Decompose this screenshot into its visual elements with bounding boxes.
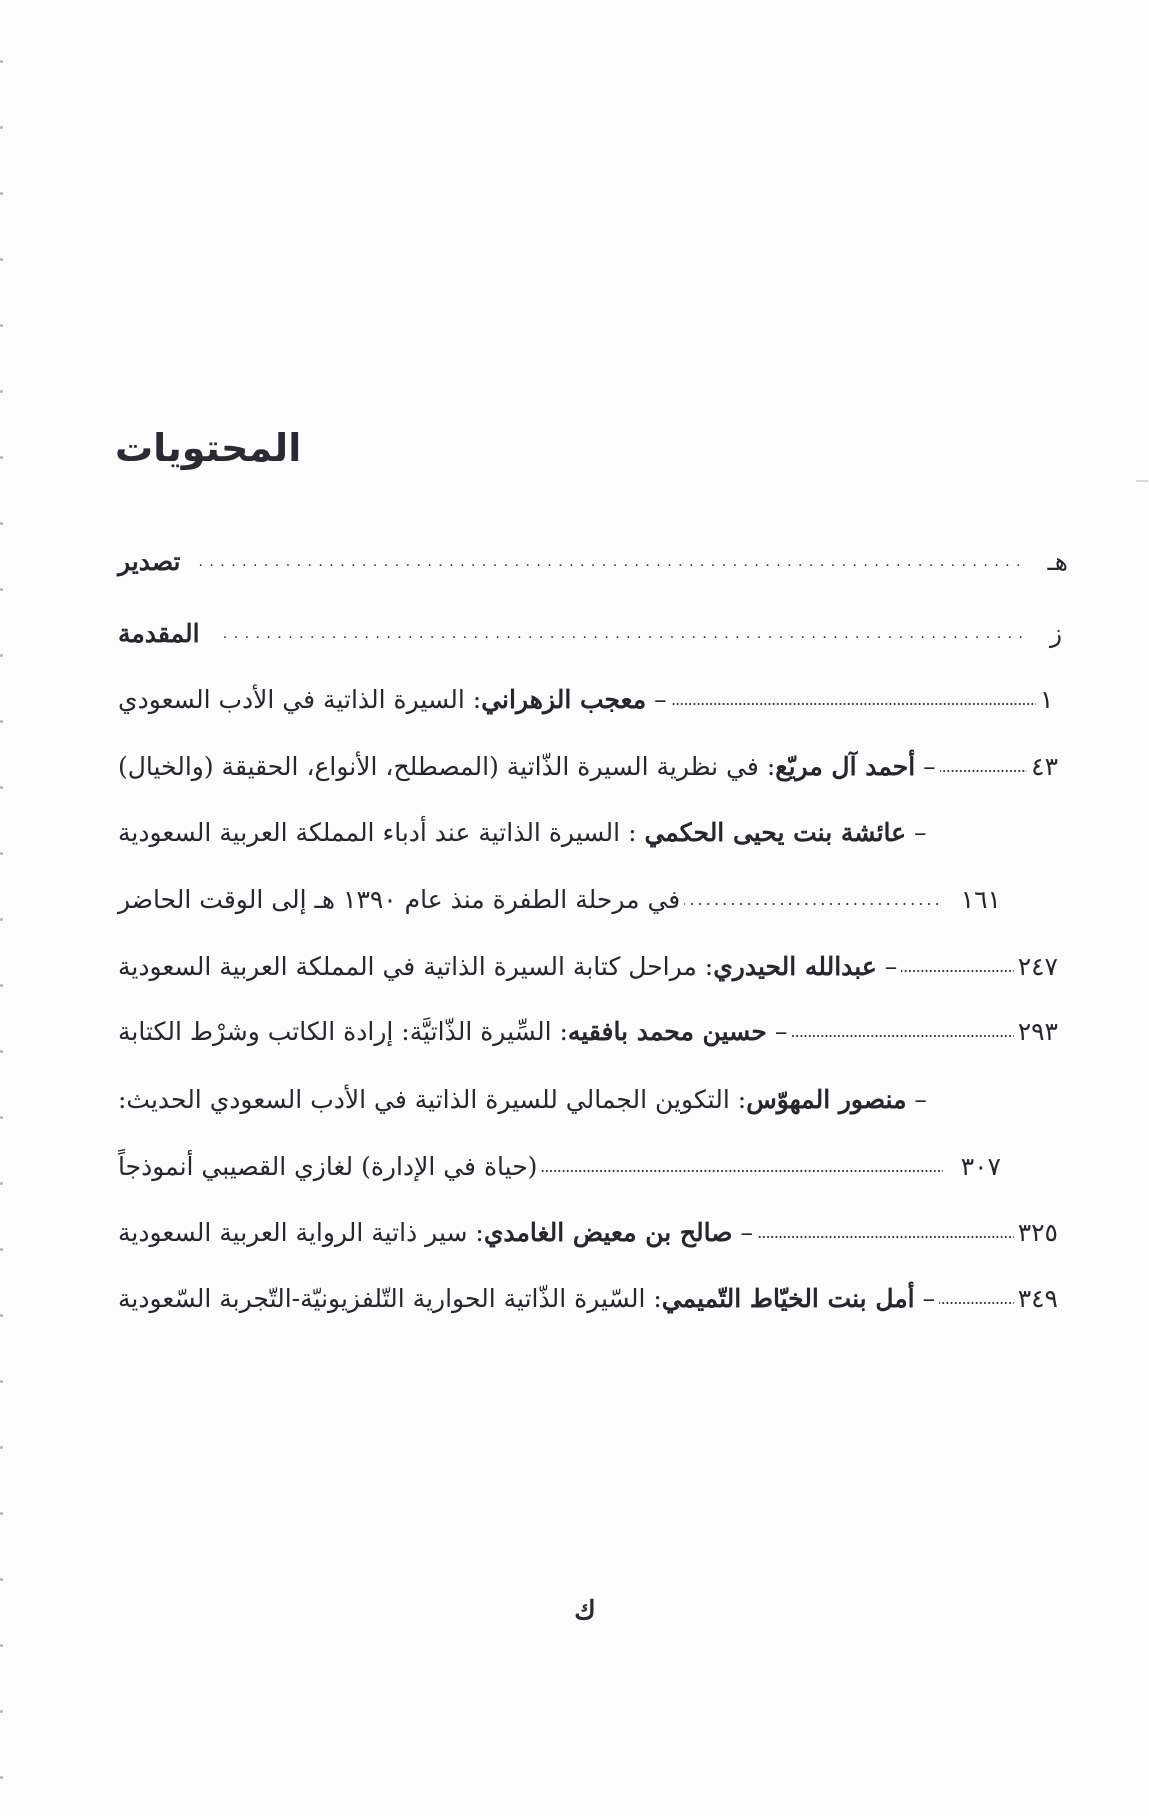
scan-edge-mark xyxy=(0,1776,3,1779)
scan-edge-mark xyxy=(0,1380,3,1383)
scan-edge-mark xyxy=(0,456,3,459)
toc-row[interactable]: – منصور المهوّس: التكوين الجمالي للسيرة … xyxy=(118,1078,1058,1122)
entry-separator: : xyxy=(705,952,713,981)
entry-separator: : xyxy=(473,685,481,714)
entry-separator: : xyxy=(628,818,644,847)
toc-page-number: ٣٢٥ xyxy=(1018,1211,1058,1255)
dot-leader xyxy=(901,945,1014,989)
toc-page-number: ٢٤٧ xyxy=(1018,945,1058,989)
dot-leader xyxy=(791,1010,1013,1054)
entry-dash: – xyxy=(654,685,667,714)
scan-edge-mark xyxy=(0,1512,3,1515)
toc-page-number: ٢٩٣ xyxy=(1018,1010,1058,1054)
scan-edge-mark xyxy=(0,918,3,921)
toc-row[interactable]: – معجب الزهراني: السيرة الذاتية في الأدب… xyxy=(118,678,1058,722)
scan-edge-mark xyxy=(0,654,3,657)
entry-dash: – xyxy=(740,1218,753,1247)
scan-edge-mark xyxy=(0,1116,3,1119)
entry-separator: : xyxy=(653,1284,661,1313)
entry-separator: : xyxy=(475,1218,483,1247)
toc-page-number: ٣٤٩ xyxy=(1018,1277,1058,1321)
toc-label: تصدير xyxy=(118,540,181,584)
entry-author: منصور المهوّس xyxy=(746,1085,906,1114)
scan-edge-mark xyxy=(0,1578,3,1581)
toc-page-number: ٤٣ xyxy=(1031,745,1058,789)
toc-label: المقدمة xyxy=(118,612,200,656)
scan-edge-mark xyxy=(0,984,3,987)
entry-title-line2: في مرحلة الطفرة منذ عام ١٣٩٠ هـ إلى الوق… xyxy=(118,878,680,922)
entry-author: أحمد آل مريّع xyxy=(775,752,915,781)
page-number-footer: ك xyxy=(570,1596,600,1626)
dot-leader xyxy=(197,540,1022,584)
scan-edge-mark xyxy=(0,192,3,195)
scan-edge-mark xyxy=(0,1182,3,1185)
entry-author: عبدالله الحيدري xyxy=(713,952,877,981)
entry-title: سير ذاتية الرواية العربية السعودية xyxy=(118,1218,467,1247)
scan-edge-mark xyxy=(0,1710,3,1713)
entry-author: صالح بن معيض الغامدي xyxy=(484,1218,733,1247)
entry-dash: – xyxy=(885,952,898,981)
scan-edge-mark xyxy=(0,1314,3,1317)
scan-edge-mark xyxy=(0,1644,3,1647)
entry-title: مراحل كتابة السيرة الذاتية في المملكة ال… xyxy=(118,952,697,981)
entry-author: معجب الزهراني xyxy=(481,685,646,714)
scan-edge-mark xyxy=(0,852,3,855)
toc-row[interactable]: – عائشة بنت يحيى الحكمي : السيرة الذاتية… xyxy=(118,811,1058,855)
scan-edge-mark xyxy=(0,720,3,723)
entry-author: أمل بنت الخيّاط التّميمي xyxy=(662,1284,915,1313)
dot-leader xyxy=(541,1145,942,1189)
scan-edge-mark xyxy=(0,60,3,63)
entry-dash: – xyxy=(914,1085,927,1114)
scan-edge-mark xyxy=(1136,480,1148,482)
entry-separator: : xyxy=(738,1085,746,1114)
entry-title: السيرة الذاتية عند أدباء المملكة العربية… xyxy=(118,818,620,847)
entry-dash: – xyxy=(923,1284,936,1313)
toc-row-introduction[interactable]: المقدمة ز xyxy=(118,612,1068,656)
scan-edge-mark xyxy=(0,258,3,261)
entry-dash: – xyxy=(923,752,936,781)
toc-page-number: ز xyxy=(1050,612,1068,656)
toc-row-foreword[interactable]: تصدير هـ xyxy=(118,540,1068,584)
entry-dash: – xyxy=(914,818,927,847)
toc-page-number: ٣٠٧ xyxy=(961,1145,1001,1189)
scan-edge-mark xyxy=(0,390,3,393)
entry-author: حسين محمد بافقيه xyxy=(568,1017,767,1046)
entry-separator: : xyxy=(767,752,775,781)
dot-leader xyxy=(939,1277,1014,1321)
toc-page-number: هـ xyxy=(1047,540,1068,584)
scan-edge-mark xyxy=(0,1248,3,1251)
scan-edge-mark xyxy=(0,786,3,789)
entry-title: في نظرية السيرة الذّاتية (المصطلح، الأنو… xyxy=(118,752,759,781)
dot-leader xyxy=(757,1211,1014,1255)
scan-edge-mark xyxy=(0,1446,3,1449)
dot-leader xyxy=(940,745,1027,789)
entry-title: السيرة الذاتية في الأدب السعودي xyxy=(118,685,465,714)
toc-row-continuation[interactable]: في مرحلة الطفرة منذ عام ١٣٩٠ هـ إلى الوق… xyxy=(118,878,1001,922)
entry-title: السّيرة الذّاتية الحوارية التّلفزيونيّة-… xyxy=(118,1284,645,1313)
toc-row[interactable]: – حسين محمد بافقيه: السِّيرة الذّاتيَّة:… xyxy=(118,1010,1058,1054)
entry-dash: – xyxy=(775,1017,788,1046)
dot-leader xyxy=(216,612,1024,656)
toc-row-continuation[interactable]: (حياة في الإدارة) لغازي القصيبي أنموذجاً… xyxy=(118,1145,1001,1189)
page-title: المحتويات xyxy=(115,426,305,470)
entry-title-line2: (حياة في الإدارة) لغازي القصيبي أنموذجاً xyxy=(118,1145,537,1189)
entry-separator: : xyxy=(559,1017,567,1046)
entry-title: السِّيرة الذّاتيَّة: إرادة الكاتب وشرْط … xyxy=(118,1017,552,1046)
toc-row[interactable]: – صالح بن معيض الغامدي: سير ذاتية الرواي… xyxy=(118,1211,1058,1255)
dot-leader xyxy=(684,878,938,922)
toc-page-number: ١ xyxy=(1040,678,1058,722)
toc-page-number: ١٦١ xyxy=(961,878,1001,922)
scan-edge-mark xyxy=(0,588,3,591)
entry-title: التكوين الجمالي للسيرة الذاتية في الأدب … xyxy=(118,1085,730,1114)
toc-row[interactable]: – أحمد آل مريّع: في نظرية السيرة الذّاتي… xyxy=(118,745,1058,789)
scan-edge-mark xyxy=(0,1050,3,1053)
scan-edge-mark xyxy=(0,522,3,525)
scan-edge-mark xyxy=(0,324,3,327)
scan-edge-mark xyxy=(0,126,3,129)
toc-row[interactable]: – عبدالله الحيدري: مراحل كتابة السيرة ال… xyxy=(118,945,1058,989)
dot-leader xyxy=(671,678,1036,722)
entry-author: عائشة بنت يحيى الحكمي xyxy=(644,818,906,847)
toc-row[interactable]: – أمل بنت الخيّاط التّميمي: السّيرة الذّ… xyxy=(118,1277,1058,1321)
